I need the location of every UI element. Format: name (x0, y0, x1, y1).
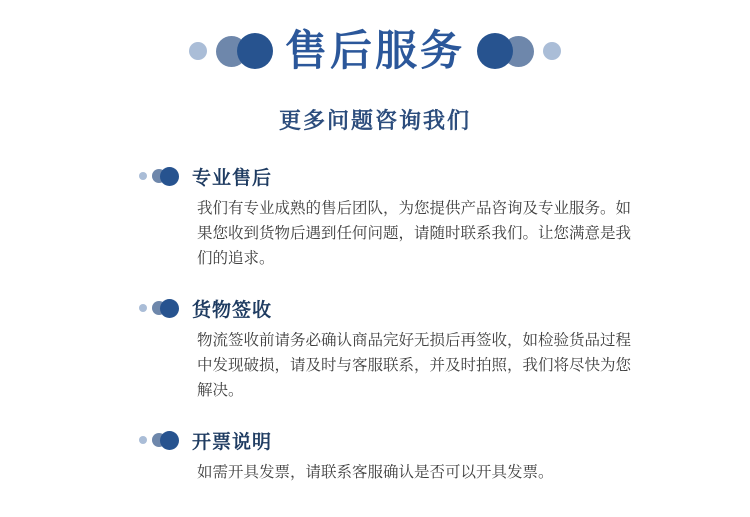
section-heading: 货物签收 (192, 295, 272, 322)
page-subtitle: 更多问题咨询我们 (0, 104, 750, 135)
section-body-text: 我们有专业成熟的售后团队，为您提供产品咨询及专业服务。如 果您收到货物后遇到任何… (197, 196, 637, 271)
circle-small-icon (543, 42, 561, 60)
section-heading: 专业售后 (192, 163, 272, 190)
section-invoice-instructions: 开票说明 如需开具发票，请联系客服确认是否可以开具发票。 (139, 429, 750, 485)
bullet-circle-large-icon (160, 299, 179, 318)
section-body-text: 如需开具发票，请联系客服确认是否可以开具发票。 (197, 460, 637, 485)
section-goods-receipt: 货物签收 物流签收前请务必确认商品完好无损后再签收，如检验货品过程 中发现破损，… (139, 297, 750, 403)
circle-large-icon (237, 33, 273, 69)
section-body-text: 物流签收前请务必确认商品完好无损后再签收，如检验货品过程 中发现破损，请及时与客… (197, 328, 637, 403)
page-header: 售后服务 (0, 25, 750, 77)
bullet-circle-large-icon (160, 431, 179, 450)
bullet-circle-small-icon (139, 304, 147, 312)
section-professional-after-sales: 专业售后 我们有专业成熟的售后团队，为您提供产品咨询及专业服务。如 果您收到货物… (139, 165, 750, 271)
title-decor-circles-left (189, 33, 273, 69)
circle-large-icon (477, 33, 513, 69)
bullet-circle-small-icon (139, 436, 147, 444)
section-heading-row: 开票说明 (139, 429, 750, 451)
title-decor-circles-right (477, 33, 561, 69)
bullet-circle-large-icon (160, 167, 179, 186)
circle-small-icon (189, 42, 207, 60)
section-heading: 开票说明 (192, 427, 272, 454)
section-heading-row: 专业售后 (139, 165, 750, 187)
section-heading-row: 货物签收 (139, 297, 750, 319)
page-title: 售后服务 (285, 30, 465, 72)
bullet-circle-small-icon (139, 172, 147, 180)
after-sales-service-page: 售后服务 更多问题咨询我们 专业售后 我们有专业成熟的售后团队，为您提供产品咨询… (0, 0, 750, 517)
